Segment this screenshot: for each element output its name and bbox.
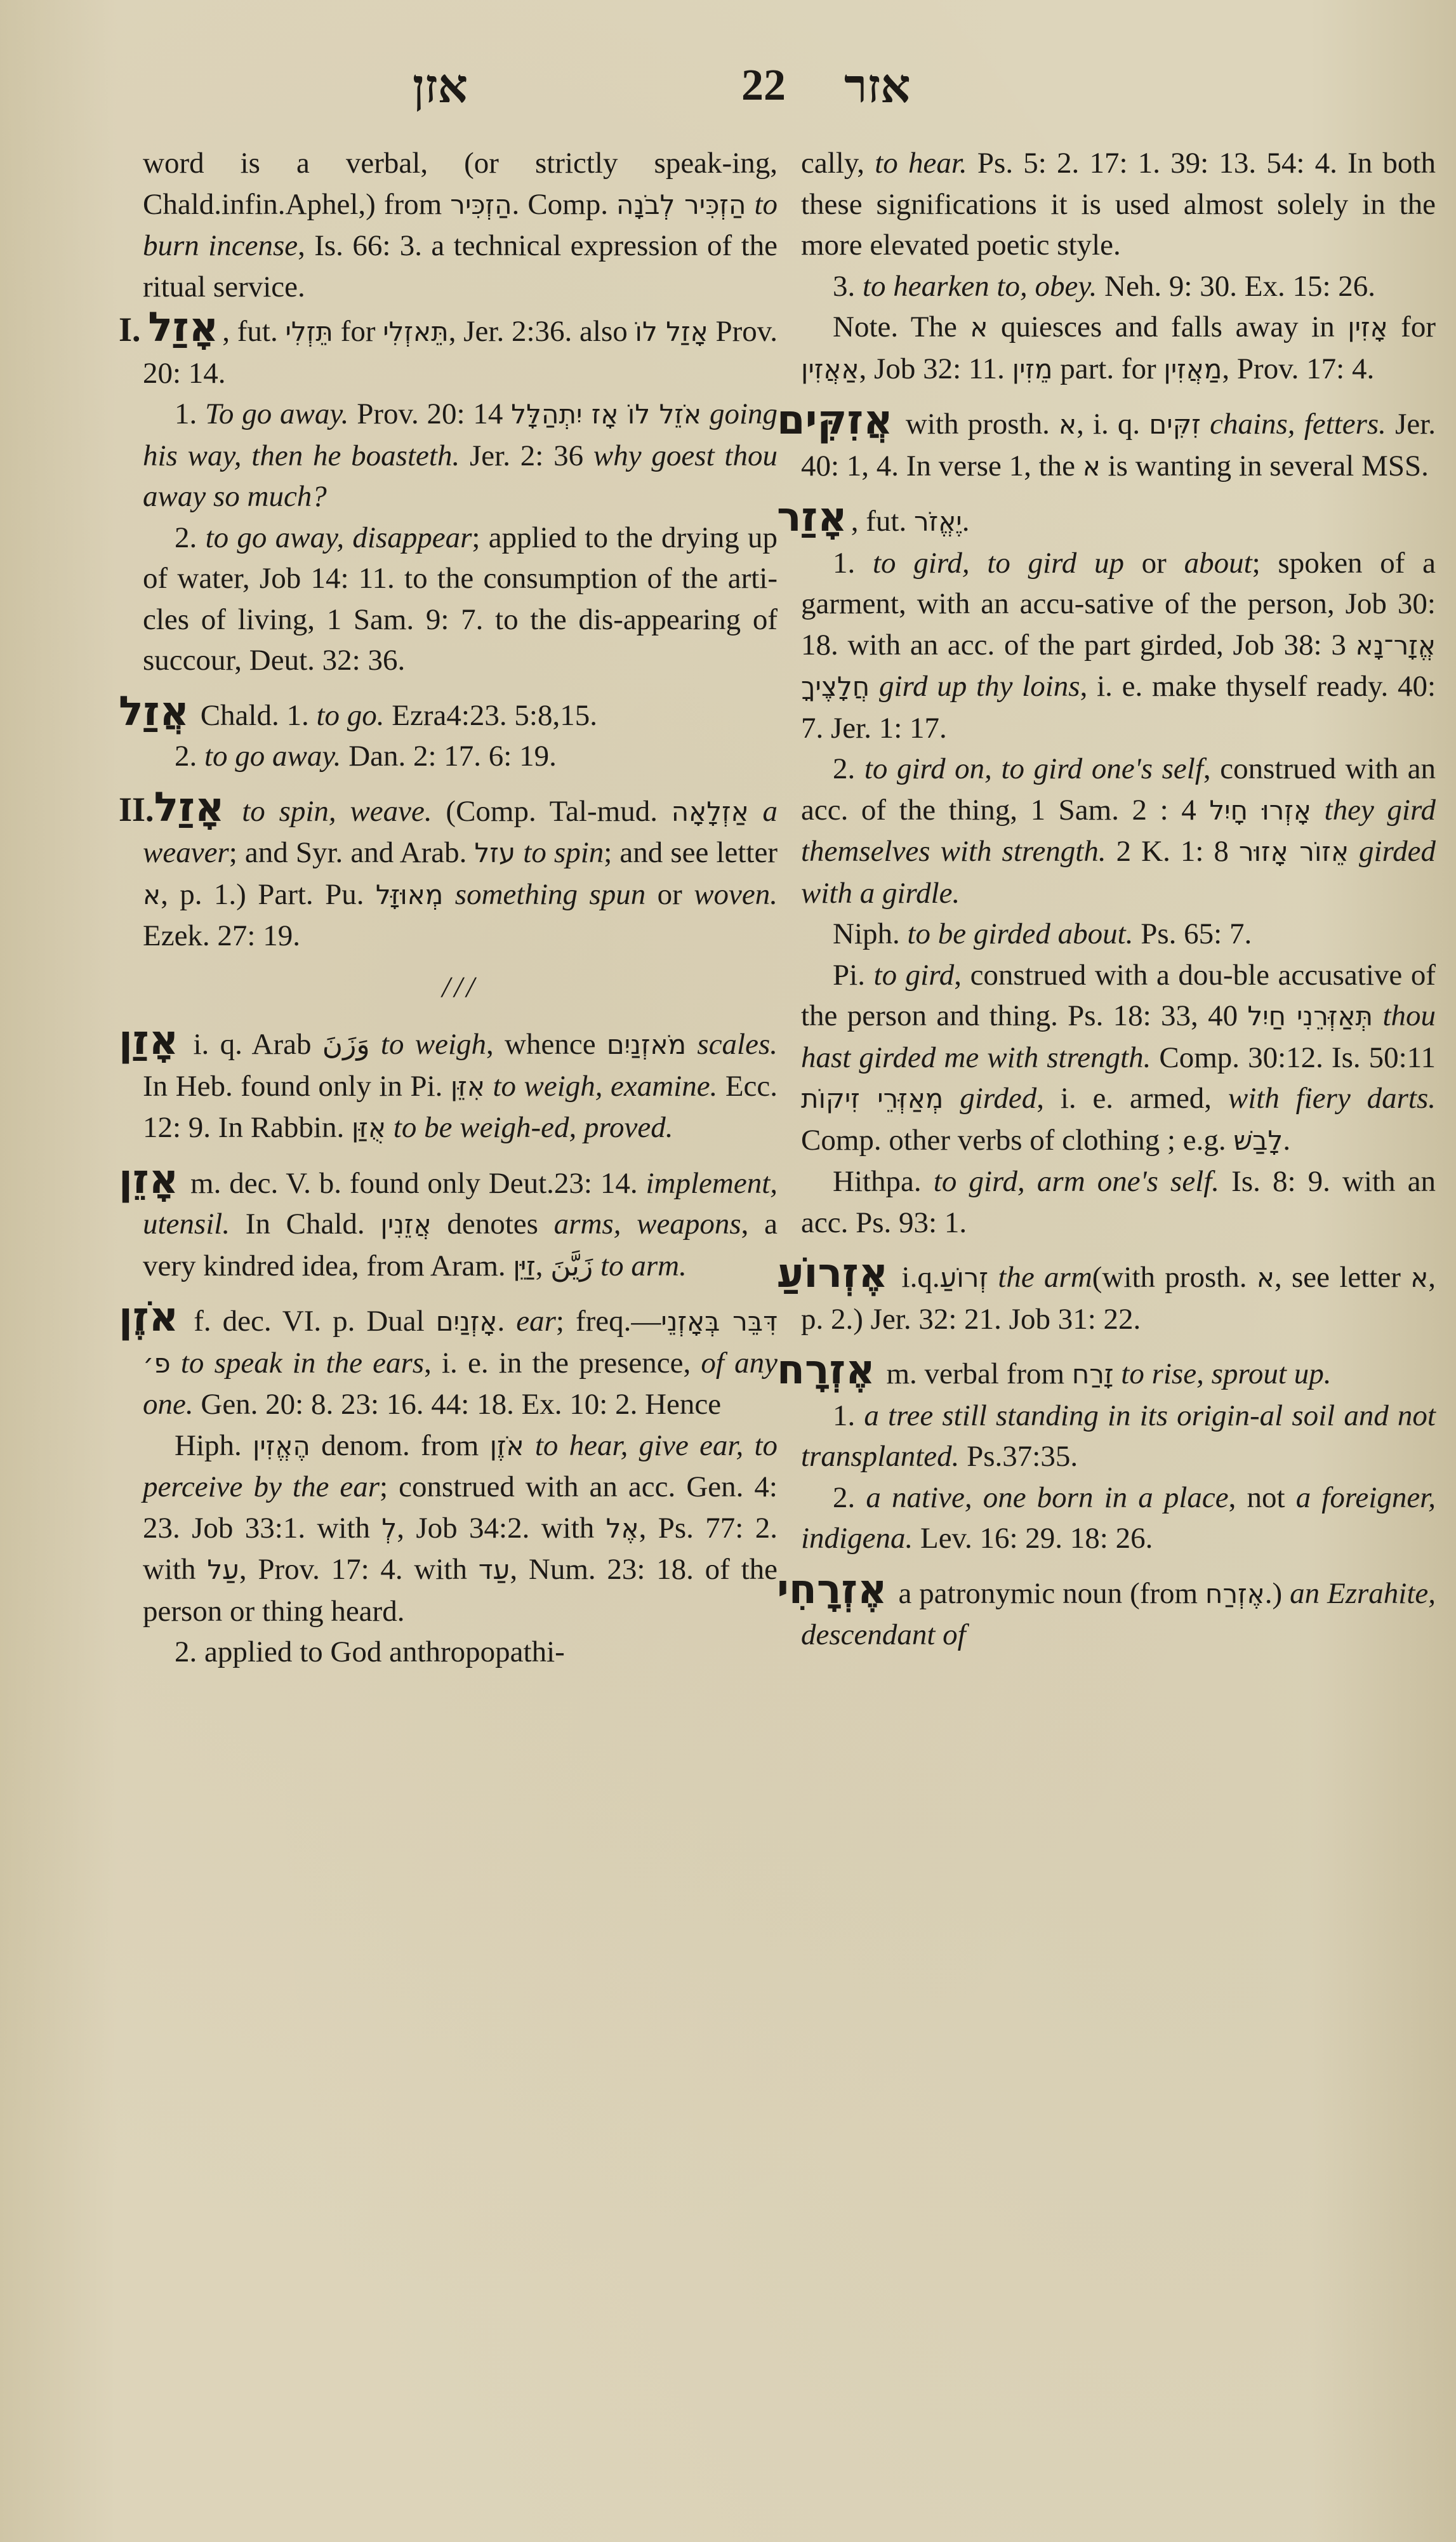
arabic-word: زَيَّنَ	[550, 1250, 593, 1282]
headword: אָזַן	[119, 1017, 178, 1064]
piel-subentry: Pi. to gird, construed with a dou-ble ac…	[801, 955, 1436, 1162]
headword: אֲזַל	[119, 688, 189, 735]
entry-continuation: word is a verbal, (or strictly speak-ing…	[143, 143, 778, 307]
right-column: cally, to hear. Ps. 5: 2. 17: 1. 39: 13.…	[801, 143, 1436, 1666]
sense-2: 2. to gird on, to gird one's self, const…	[801, 749, 1436, 914]
running-head-left: אזן	[413, 60, 468, 114]
sense-3: 3. to hearken to, obey. Neh. 9: 30. Ex. …	[801, 266, 1436, 307]
dictionary-entry-ozen-ear: אֹזֶן f. dec. VI. p. Dual אָזְנַיִם. ear…	[143, 1297, 778, 1673]
hebrew-phrase: הַזְכִּיר לְבֹנָה	[616, 189, 746, 220]
sense-1: 1. a tree still standing in its origin-a…	[801, 1395, 1436, 1477]
headword: אָזַל	[154, 784, 225, 831]
left-column: word is a verbal, (or strictly speak-ing…	[143, 143, 778, 1683]
homonym-number: II.	[119, 790, 154, 828]
dictionary-entry-azal-2: II.אָזַל to spin, weave. (Comp. Tal-mud.…	[143, 787, 778, 957]
page-number: 22	[741, 60, 786, 111]
niphal-subentry: Niph. to be girded about. Ps. 65: 7.	[801, 914, 1436, 955]
entry-continuation: cally, to hear. Ps. 5: 2. 17: 1. 39: 13.…	[801, 143, 1436, 390]
headword: אָזַר	[777, 494, 847, 541]
headword: אֲזִקִּים	[777, 397, 893, 444]
page-header: אזן 22 אזר	[0, 60, 1456, 117]
sense-1: 1. To go away. Prov. 20: 14 אֹזֵל לוֹ אָ…	[143, 394, 778, 517]
homonym-number: I.	[119, 310, 141, 349]
dictionary-entry-ezrach: אֶזְרָח m. verbal from זָרַח to rise, sp…	[801, 1350, 1436, 1559]
headword: אֶזְרוֹעַ	[777, 1250, 888, 1297]
dictionary-entry-aziqqim: אֲזִקִּים with prosth. א, i. q. זִקִּים …	[801, 400, 1436, 487]
headword: אֶזְרָח	[777, 1347, 875, 1394]
hebrew-word: הַזְכִּיר	[450, 189, 512, 220]
dictionary-entry-azen-implement: אָזֵן m. dec. V. b. found only Deut.23: …	[143, 1159, 778, 1288]
sense-2: 2. to go away. Dan. 2: 17. 6: 19.	[143, 736, 778, 777]
sense-2: 2. a native, one born in a place, not a …	[801, 1477, 1436, 1559]
dictionary-entry-ezrachi: אֶזְרָחִי a patronymic noun (from אֶזְרַ…	[801, 1569, 1436, 1656]
note: Note. The א quiesces and falls away in א…	[801, 307, 1436, 390]
arabic-word: وَزَنَ	[322, 1028, 370, 1061]
dictionary-entry-azal-chald: אֲזַל Chald. 1. to go. Ezra4:23. 5:8,15.…	[143, 691, 778, 777]
headword: אָזַל	[148, 304, 218, 351]
sense-1: 1. to gird, to gird up or about; spoken …	[801, 543, 1436, 749]
hiphil-subentry: Hiph. הֶאֱזִין denom. from אֹזֶן to hear…	[143, 1425, 778, 1632]
sense-2: 2. to go away, disappear; applied to the…	[143, 517, 778, 681]
sense-2: 2. applied to God anthropopathi-	[143, 1632, 778, 1673]
section-divider: ///	[143, 967, 778, 1008]
headword: אָזֵן	[119, 1156, 178, 1203]
headword: אֹזֶן	[119, 1294, 178, 1341]
running-head-right: אזר	[844, 60, 911, 114]
headword: אֶזְרָחִי	[777, 1566, 887, 1613]
dictionary-entry-azal-1: I. אָזַל, fut. תֵּזְלִי for תֵּאזְלִי, J…	[143, 307, 778, 681]
hithpael-subentry: Hithpa. to gird, arm one's self. Is. 8: …	[801, 1161, 1436, 1243]
dictionary-entry-azar-gird: אָזַר, fut. יֶאֱזֹר. 1. to gird, to gird…	[801, 497, 1436, 1243]
dictionary-entry-azan-weigh: אָזַן i. q. Arab وَزَنَ to weigh, whence…	[143, 1020, 778, 1149]
dictionary-entry-ezroa: אֶזְרוֹעַ i.q.זְרוֹעַ the arm(with prost…	[801, 1253, 1436, 1340]
